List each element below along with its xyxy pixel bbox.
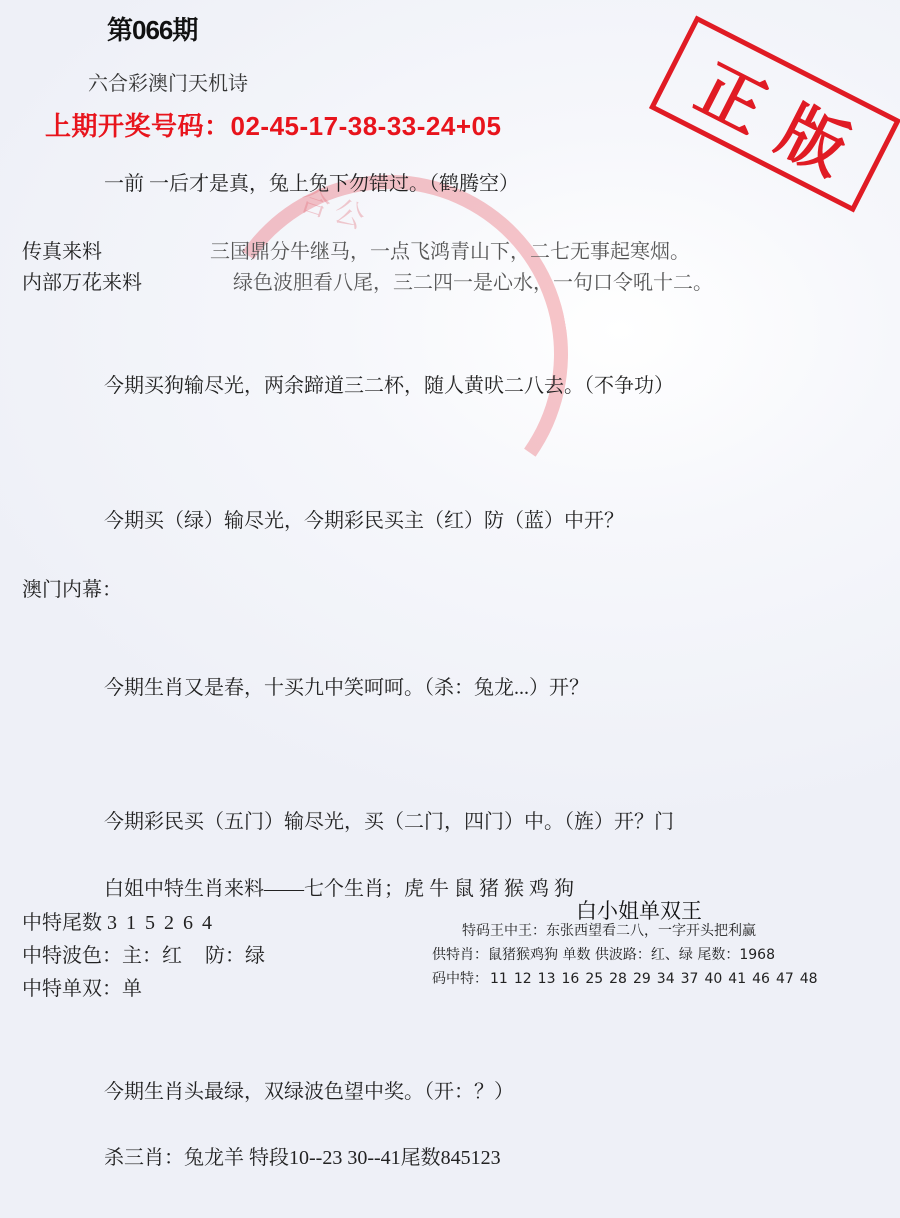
stamp-char: 版 (765, 78, 867, 193)
wave-main-label: 主： (122, 945, 162, 967)
tail-numbers: 中特尾数 3 1 5 2 6 4 (22, 906, 214, 935)
wave-color: 中特波色：主：红 防：绿 (22, 939, 265, 968)
last-draw-label: 上期开奖号码： (45, 111, 231, 141)
issue-number: 第066期 (107, 10, 197, 47)
internal-text: 绿色波胆看八尾，三二四一是心水，一句口令吼十二。 (233, 266, 713, 295)
box-line-3-label: 码中特： (432, 971, 488, 987)
odd-even: 中特单双：单 (22, 972, 142, 1001)
number: 25 (585, 971, 603, 987)
box-line-2: 供特肖：鼠猪猴鸡狗 单数 供波路：红、绿 尾数：1968 (432, 944, 775, 964)
last-draw-result: 上期开奖号码：02-45-17-38-33-24+05 (45, 106, 501, 143)
doors-line: 今期彩民买（五门）输尽光，买（二门，四门）中。（旌）开？门 (104, 805, 674, 834)
tail-values: 3 1 5 2 6 4 (107, 912, 214, 934)
tail-label: 中特尾数 (22, 912, 102, 934)
odd-even-label: 中特单双： (22, 978, 122, 1000)
green-head-line: 今期生肖头最绿，双绿波色望中奖。（开：？） (104, 1075, 514, 1104)
number: 34 (657, 971, 675, 987)
seal-watermark (182, 147, 597, 562)
box-line-1: 特码王中王：东张西望看二八，一字开头把利赢 (462, 920, 756, 940)
wave-main: 红 (162, 945, 182, 967)
zodiac-spring-line: 今期生肖又是春，十买九中笑呵呵。（杀：兔龙...）开？ (104, 671, 589, 700)
number: 16 (561, 971, 579, 987)
number: 12 (514, 971, 532, 987)
number: 29 (633, 971, 651, 987)
green-line: 今期买（绿）输尽光，今期彩民买主（红）防（蓝）中开？ (104, 504, 624, 533)
authentic-stamp: 正 版 (649, 15, 900, 212)
internal-label: 内部万花来料 (22, 266, 142, 295)
poem-title: 六合彩澳门天机诗 (88, 67, 248, 96)
odd-even-value: 单 (122, 978, 142, 1000)
number: 46 (752, 971, 770, 987)
seven-zodiac-line: 白姐中特生肖来料——七个生肖；虎 牛 鼠 猪 猴 鸡 狗 (104, 872, 574, 901)
number: 13 (538, 971, 556, 987)
kill-three-line: 杀三肖：兔龙羊 特段10--23 30--41尾数845123 (104, 1141, 501, 1170)
number: 48 (800, 971, 818, 987)
wave-label: 中特波色： (22, 945, 122, 967)
dog-line: 今期买狗输尽光，两余蹄道三二杯，随人黄吠二八去。（不争功） (104, 369, 674, 398)
wave-guard-label: 防： (205, 945, 245, 967)
number: 11 (490, 971, 508, 987)
macau-inside-heading: 澳门内幕： (22, 573, 122, 602)
number: 47 (776, 971, 794, 987)
number: 40 (704, 971, 722, 987)
stamp-char: 正 (683, 36, 785, 151)
poem-line: 一前 一后才是真，兔上兔下勿错过。（鹤腾空） (104, 167, 519, 196)
fax-label: 传真来料 (22, 235, 102, 264)
number: 28 (609, 971, 627, 987)
number: 41 (728, 971, 746, 987)
box-line-3: 码中特：1112131625282934374041464748 (432, 968, 824, 988)
fax-text: 三国鼎分牛继马，一点飞鸿青山下，二七无事起寒烟。 (210, 235, 690, 264)
wave-guard: 绿 (245, 945, 265, 967)
last-draw-numbers: 02-45-17-38-33-24+05 (231, 111, 502, 141)
number: 37 (681, 971, 699, 987)
